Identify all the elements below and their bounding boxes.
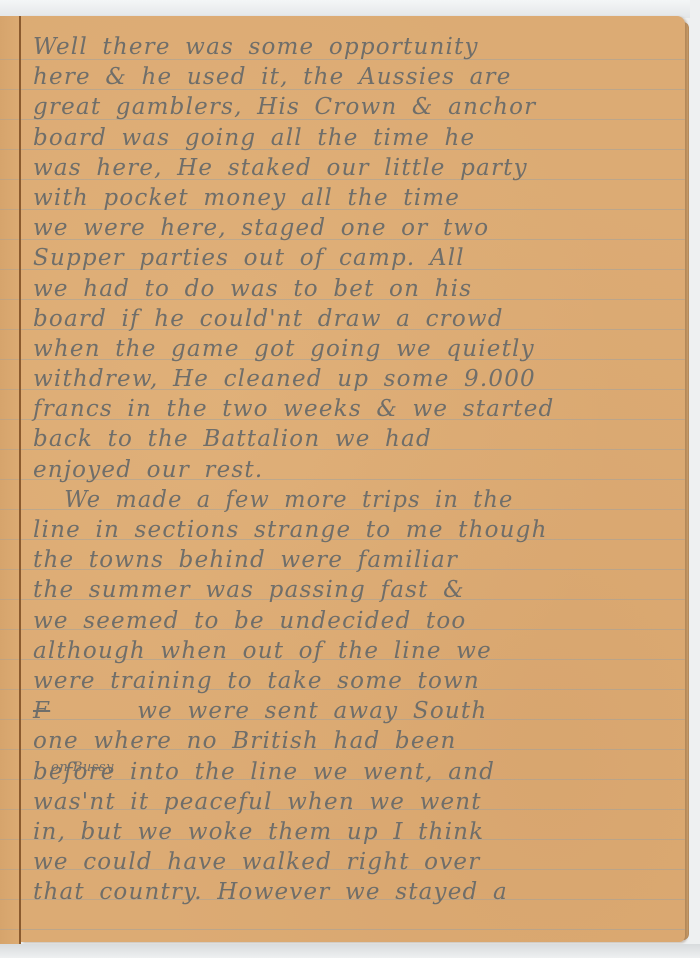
facing-page-edge <box>0 16 20 944</box>
text-line: were training to take some town <box>33 666 683 696</box>
handwritten-text: Well there was some opportunity here & h… <box>33 32 683 907</box>
text-line: that country. However we stayed a <box>33 877 683 907</box>
scan-background-right <box>690 0 700 958</box>
text-line: back to the Battalion we had <box>33 424 683 454</box>
text-line: the summer was passing fast & <box>33 575 683 605</box>
text-line: we had to do was to bet on his <box>33 274 683 304</box>
text-line: in, but we woke them up I think <box>33 817 683 847</box>
text-line-content: we were sent away South <box>137 698 487 724</box>
text-line: enjoyed our rest. <box>33 455 683 485</box>
text-line: we were here, staged one or two <box>33 213 683 243</box>
scan-background-bottom <box>0 944 700 958</box>
text-line: Supper parties out of camp. All <box>33 243 683 273</box>
text-line: although when out of the line we <box>33 636 683 666</box>
text-line: with pocket money all the time <box>33 183 683 213</box>
text-line: was here, He staked our little party <box>33 153 683 183</box>
text-line: here & he used it, the Aussies are <box>33 62 683 92</box>
facing-page-ruled-lines <box>0 16 20 944</box>
text-line: we seemed to be undecided too <box>33 606 683 636</box>
text-line: francs in the two weeks & we started <box>33 394 683 424</box>
text-line-with-strikeout: F we were sent away South <box>33 696 683 726</box>
text-line: before into the line we went, and <box>33 757 683 787</box>
text-line: withdrew, He cleaned up some 9.000 <box>33 364 683 394</box>
text-line: when the game got going we quietly <box>33 334 683 364</box>
text-line: Well there was some opportunity <box>33 32 683 62</box>
text-line: was'nt it peaceful when we went <box>33 787 683 817</box>
text-line: the towns behind were familiar <box>33 545 683 575</box>
text-line: we could have walked right over <box>33 847 683 877</box>
margin-annotation: on Bussy <box>51 760 114 775</box>
text-line: board was going all the time he <box>33 123 683 153</box>
struck-out-word: F <box>33 698 50 724</box>
text-line: line in sections strange to me though <box>33 515 683 545</box>
text-line: board if he could'nt draw a crowd <box>33 304 683 334</box>
text-line: one where no British had been <box>33 726 683 756</box>
text-line: great gamblers, His Crown & anchor <box>33 92 683 122</box>
text-line-paragraph-start: We made a few more trips in the <box>33 485 669 515</box>
notebook-page: Well there was some opportunity here & h… <box>21 16 685 942</box>
